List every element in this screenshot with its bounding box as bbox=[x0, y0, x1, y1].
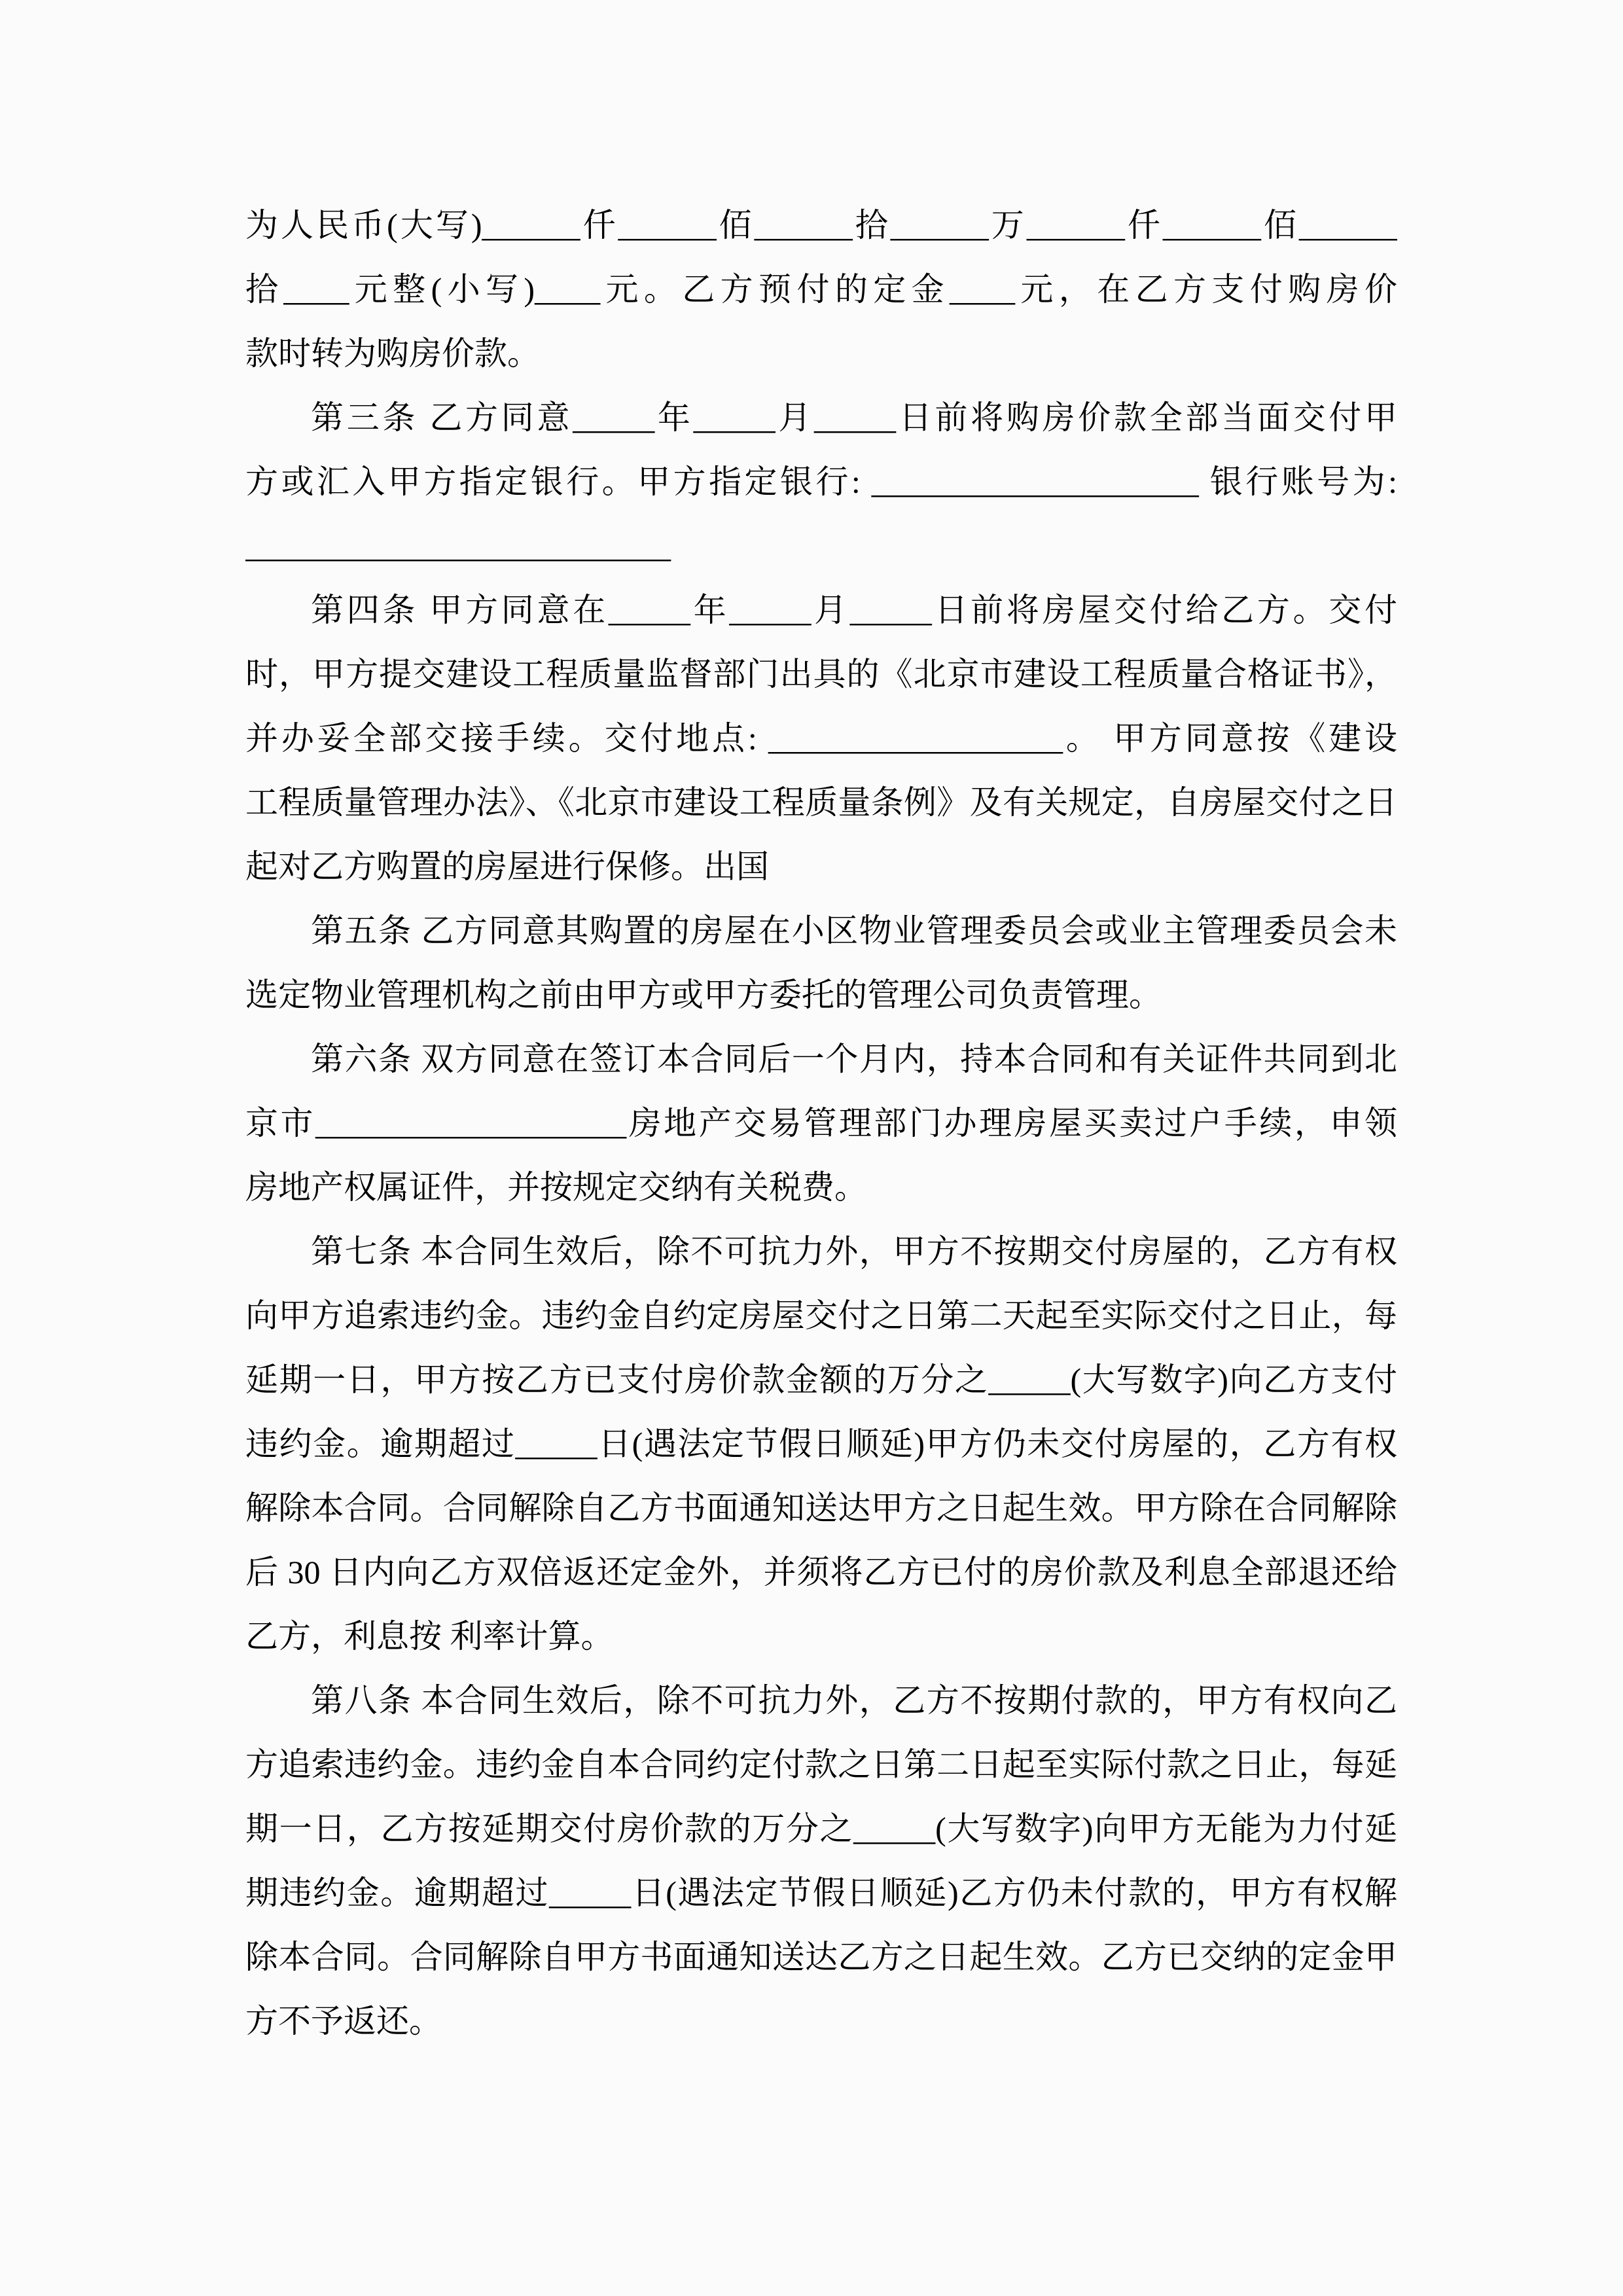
document-line: 房地产权属证件，并按规定交纳有关税费。 bbox=[245, 1155, 1397, 1219]
document-line: 京市___________________房地产交易管理部门办理房屋买卖过户手续… bbox=[245, 1091, 1397, 1155]
document-line: 向甲方追索违约金。违约金自约定房屋交付之日第二天起至实际交付之日止，每 bbox=[245, 1283, 1397, 1348]
document-line: 方或汇入甲方指定银行。甲方指定银行: ____________________ … bbox=[245, 450, 1397, 514]
document-line: 期违约金。逾期超过_____日(遇法定节假日顺延)乙方仍未付款的，甲方有权解 bbox=[245, 1861, 1397, 1925]
document-line: 第四条 甲方同意在_____年_____月_____日前将房屋交付给乙方。交付 bbox=[245, 578, 1397, 642]
document-line: 乙方，利息按 利率计算。 bbox=[245, 1604, 1397, 1668]
document-line: 起对乙方购置的房屋进行保修。出国 bbox=[245, 834, 1397, 899]
document-line: 延期一日，甲方按乙方已支付房价款金额的万分之_____(大写数字)向乙方支付 bbox=[245, 1348, 1397, 1412]
document-page: 为人民币(大写)______仟______佰______拾______万____… bbox=[0, 0, 1623, 2296]
document-line: 方追索违约金。违约金自本合同约定付款之日第二日起至实际付款之日止，每延 bbox=[245, 1732, 1397, 1797]
document-line: 款时转为购房价款。 bbox=[245, 321, 1397, 386]
document-line: 违约金。逾期超过_____日(遇法定节假日顺延)甲方仍未交付房屋的，乙方有权 bbox=[245, 1412, 1397, 1476]
document-line: 第六条 双方同意在签订本合同后一个月内，持本合同和有关证件共同到北 bbox=[245, 1027, 1397, 1091]
document-body: 为人民币(大写)______仟______佰______拾______万____… bbox=[245, 193, 1397, 2053]
document-line: 后 30 日内向乙方双倍返还定金外，并须将乙方已付的房价款及利息全部退还给 bbox=[245, 1540, 1397, 1604]
document-line: 时，甲方提交建设工程质量监督部门出具的《北京市建设工程质量合格证书》， bbox=[245, 642, 1397, 706]
document-line: 期一日，乙方按延期交付房价款的万分之_____(大写数字)向甲方无能为力付延 bbox=[245, 1797, 1397, 1861]
document-line: 为人民币(大写)______仟______佰______拾______万____… bbox=[245, 193, 1397, 257]
document-line: 选定物业管理机构之前由甲方或甲方委托的管理公司负责管理。 bbox=[245, 963, 1397, 1027]
document-line: 工程质量管理办法》、《北京市建设工程质量条例》及有关规定，自房屋交付之日 bbox=[245, 770, 1397, 834]
document-line: __________________________ bbox=[245, 514, 1397, 578]
document-line: 第三条 乙方同意_____年_____月_____日前将购房价款全部当面交付甲 bbox=[245, 386, 1397, 450]
document-line: 第八条 本合同生效后，除不可抗力外，乙方不按期付款的，甲方有权向乙 bbox=[245, 1668, 1397, 1732]
document-line: 拾____元整(小写)____元。乙方预付的定金____元，在乙方支付购房价 bbox=[245, 257, 1397, 321]
document-line: 除本合同。合同解除自甲方书面通知送达乙方之日起生效。乙方已交纳的定金甲 bbox=[245, 1925, 1397, 1989]
document-line: 方不予返还。 bbox=[245, 1989, 1397, 2053]
document-line: 解除本合同。合同解除自乙方书面通知送达甲方之日起生效。甲方除在合同解除 bbox=[245, 1476, 1397, 1540]
document-line: 第七条 本合同生效后，除不可抗力外，甲方不按期交付房屋的，乙方有权 bbox=[245, 1219, 1397, 1283]
document-line: 并办妥全部交接手续。交付地点: __________________。 甲方同意… bbox=[245, 706, 1397, 770]
document-line: 第五条 乙方同意其购置的房屋在小区物业管理委员会或业主管理委员会未 bbox=[245, 899, 1397, 963]
